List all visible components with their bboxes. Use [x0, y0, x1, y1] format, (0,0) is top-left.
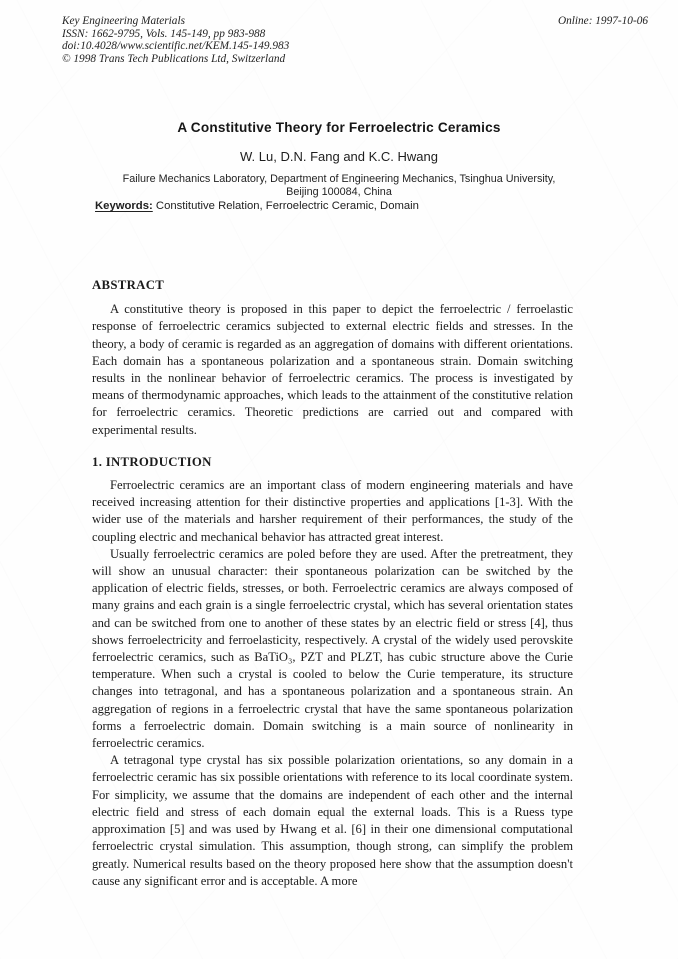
journal-info: Key Engineering Materials ISSN: 1662-979…: [62, 15, 289, 65]
journal-name: Key Engineering Materials: [62, 15, 289, 28]
paper-title: A Constitutive Theory for Ferroelectric …: [0, 120, 678, 135]
authors-line: W. Lu, D.N. Fang and K.C. Hwang: [0, 149, 678, 164]
abstract-paragraph: A constitutive theory is proposed in thi…: [92, 301, 573, 439]
introduction-paragraph: Ferroelectric ceramics are an important …: [92, 477, 573, 546]
introduction-heading: 1. INTRODUCTION: [92, 454, 573, 471]
copyright-line: © 1998 Trans Tech Publications Ltd, Swit…: [62, 53, 289, 66]
doi-line: doi:10.4028/www.scientific.net/KEM.145-1…: [62, 40, 289, 53]
keywords-line: Keywords: Constitutive Relation, Ferroel…: [95, 200, 419, 212]
affiliation-line-2: Beijing 100084, China: [0, 186, 678, 199]
affiliation-line-1: Failure Mechanics Laboratory, Department…: [0, 173, 678, 186]
affiliation: Failure Mechanics Laboratory, Department…: [0, 173, 678, 199]
page-header: Key Engineering Materials ISSN: 1662-979…: [62, 15, 648, 65]
issn-line: ISSN: 1662-9795, Vols. 145-149, pp 983-9…: [62, 28, 289, 41]
abstract-heading: ABSTRACT: [92, 277, 573, 294]
paper-body: ABSTRACT A constitutive theory is propos…: [92, 277, 573, 890]
online-date: Online: 1997-10-06: [558, 15, 648, 65]
keywords-text: Constitutive Relation, Ferroelectric Cer…: [156, 200, 419, 212]
paper-page: Key Engineering Materials ISSN: 1662-979…: [0, 0, 678, 959]
introduction-paragraph: A tetragonal type crystal has six possib…: [92, 752, 573, 890]
introduction-paragraph: Usually ferroelectric ceramics are poled…: [92, 546, 573, 752]
title-block: A Constitutive Theory for Ferroelectric …: [0, 120, 678, 199]
keywords-label: Keywords:: [95, 200, 153, 212]
